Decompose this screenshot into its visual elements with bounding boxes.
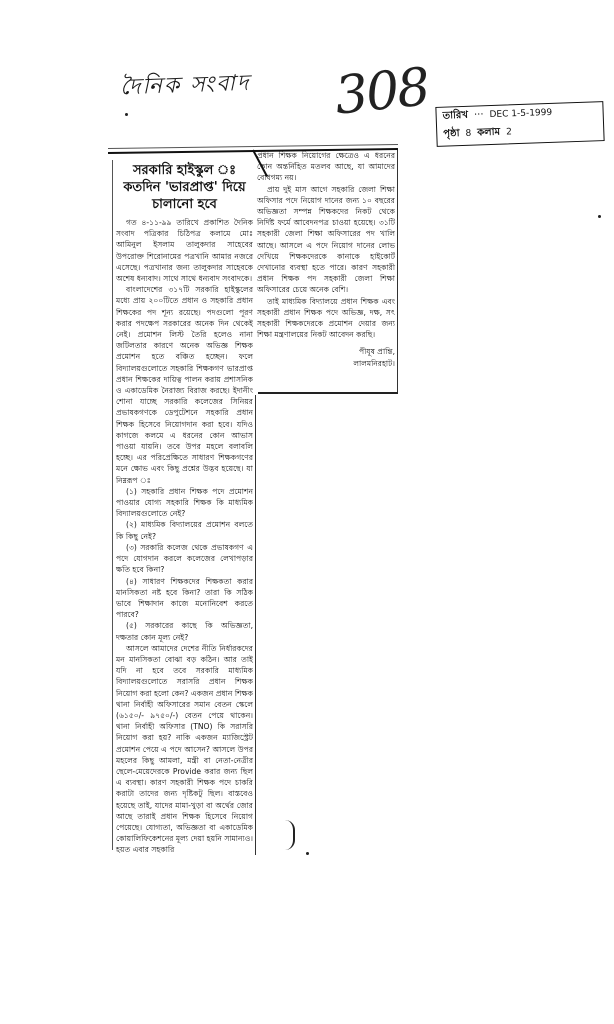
stamp-date-value: DEC 1-5-1999 <box>489 104 552 124</box>
stamp-page-label: পৃষ্ঠা <box>443 125 460 144</box>
article-paragraph: আসলে আমাদের দেশের নীতি নির্ধারকদের মন মা… <box>116 643 253 856</box>
date-page-stamp: তারিখ ··· DEC 1-5-1999 পৃষ্ঠা 8 কলাম 2 <box>435 101 604 147</box>
article-paragraph: তাই মাধ্যমিক বিদ্যালয়ে প্রধান শিক্ষক এব… <box>257 296 395 341</box>
stamp-date-label: তারিখ <box>442 107 468 126</box>
article-question: (৪) সাধারণ শিক্ষকদের শিক্ষকতা করার মানসি… <box>116 576 253 621</box>
clipping-cut-rule <box>258 392 398 394</box>
newspaper-masthead-handwritten: দৈনিক সংবাদ <box>119 66 251 108</box>
handwritten-page-number: 308 <box>332 57 431 126</box>
article-question: (৫) সরকারের কাছে কি অভিজ্ঞতা, দক্ষতার কো… <box>116 620 253 642</box>
clipping-bottom-bracket <box>285 820 295 850</box>
stamp-column-value: 2 <box>506 123 512 141</box>
signature-name: পীযূষ প্রান্তি, <box>257 346 395 357</box>
article-left-column: সরকারি হাইস্কুল ঃ কতদিন 'ভারপ্রাপ্ত' দিয… <box>116 156 253 856</box>
scan-speck <box>125 113 128 116</box>
scan-speck <box>306 852 309 855</box>
clipping-middle-edge <box>255 395 256 855</box>
article-paragraph: প্রধান শিক্ষক নিয়োগের ক্ষেত্রেও এ ধরনের… <box>257 150 395 184</box>
stamp-dots: ··· <box>474 106 484 124</box>
article-paragraph: গত ৪-১১-৯৯ তারিখে প্রকাশিত দৈনিক সংবাদ প… <box>116 217 253 284</box>
signature-place: লালমনিরহাট। <box>257 358 395 369</box>
clipping-left-edge <box>112 160 113 850</box>
article-paragraph: প্রায় দুই মাস আগে সহকারি জেলা শিক্ষা অফ… <box>257 184 395 296</box>
article-paragraph: বাংলাদেশের ৩১৭টি সরকারি হাইস্কুলের মধ্যে… <box>116 284 253 486</box>
article-question: (২) মাধ্যমিক বিদ্যালয়ের প্রমোশন বলতে কি… <box>116 519 253 541</box>
article-question: (১) সহকারি প্রধান শিক্ষক পদে প্রমোশন পাও… <box>116 486 253 520</box>
article-right-column: প্রধান শিক্ষক নিয়োগের ক্ষেত্রেও এ ধরনের… <box>257 150 395 369</box>
scan-speck <box>598 215 601 218</box>
clipping-right-edge <box>397 150 398 392</box>
article-question: (৩) সরকারি কলেজ থেকে প্রভাষকগণ এ পদে যোগ… <box>116 542 253 576</box>
stamp-page-value: 8 <box>465 125 471 143</box>
stamp-column-label: কলাম <box>477 124 501 143</box>
article-headline: সরকারি হাইস্কুল ঃ কতদিন 'ভারপ্রাপ্ত' দিয… <box>116 162 253 213</box>
